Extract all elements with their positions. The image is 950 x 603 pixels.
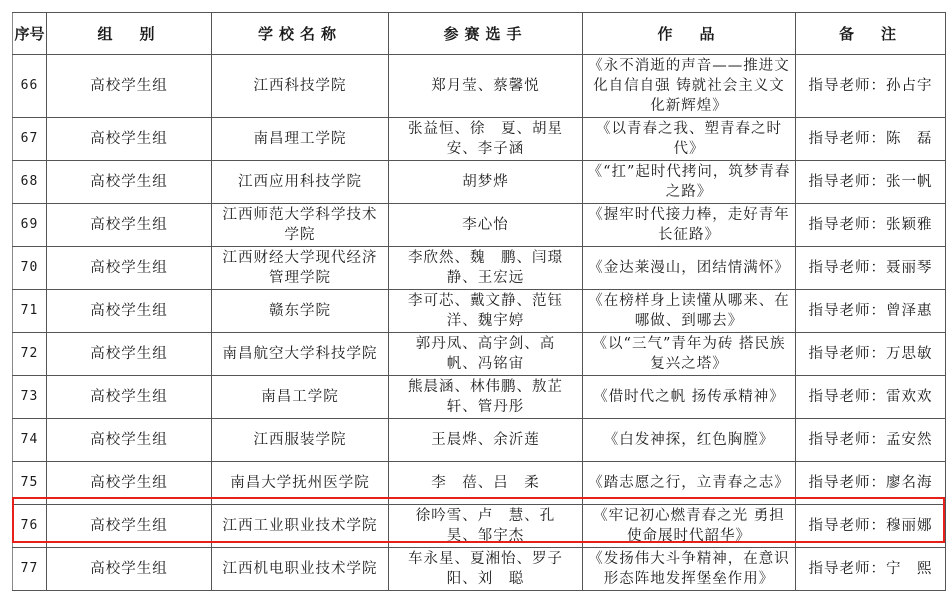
cell-note: 指导老师：曾泽惠	[796, 290, 946, 333]
header-school: 学校名称	[212, 13, 389, 55]
cell-index: 69	[13, 204, 47, 247]
cell-index: 76	[13, 505, 47, 548]
cell-work: 《握牢时代接力棒，走好青年长征路》	[583, 204, 796, 247]
cell-players: 李 蓓、吕 柔	[389, 462, 583, 505]
cell-school: 南昌工学院	[212, 376, 389, 419]
cell-group: 高校学生组	[47, 247, 212, 290]
cell-index: 75	[13, 462, 47, 505]
cell-school: 江西工业职业技术学院	[212, 505, 389, 548]
header-work: 作 品	[583, 13, 796, 55]
cell-note: 指导老师：廖名海	[796, 462, 946, 505]
cell-players: 车永星、夏湘怡、罗子阳、刘 聪	[389, 548, 583, 591]
table-row: 74 高校学生组 江西服装学院 王晨烨、余沂莲 《白发神探，红色胸膛》 指导老师…	[13, 419, 946, 462]
cell-group: 高校学生组	[47, 118, 212, 161]
cell-players: 胡梦烨	[389, 161, 583, 204]
cell-index: 74	[13, 419, 47, 462]
header-group: 组 别	[47, 13, 212, 55]
table-row: 70 高校学生组 江西财经大学现代经济管理学院 李欣然、魏 鹏、闫璟静、王宏远 …	[13, 247, 946, 290]
cell-school: 南昌航空大学科技学院	[212, 333, 389, 376]
cell-note: 指导老师：万思敏	[796, 333, 946, 376]
cell-players: 李心怡	[389, 204, 583, 247]
header-note: 备 注	[796, 13, 946, 55]
table-row: 67 高校学生组 南昌理工学院 张益恒、徐 夏、胡星安、李子涵 《以青春之我、塑…	[13, 118, 946, 161]
cell-index: 68	[13, 161, 47, 204]
cell-note: 指导老师：穆丽娜	[796, 505, 946, 548]
cell-work: 《白发神探，红色胸膛》	[583, 419, 796, 462]
cell-note: 指导老师：孟安然	[796, 419, 946, 462]
cell-index: 71	[13, 290, 47, 333]
cell-school: 江西服装学院	[212, 419, 389, 462]
cell-work: 《踏志愿之行，立青春之志》	[583, 462, 796, 505]
cell-note: 指导老师：张颖雅	[796, 204, 946, 247]
cell-group: 高校学生组	[47, 548, 212, 591]
cell-work: 《发扬伟大斗争精神，在意识形态阵地发挥堡垒作用》	[583, 548, 796, 591]
cell-group: 高校学生组	[47, 505, 212, 548]
cell-work: 《“扛”起时代拷问，筑梦青春之路》	[583, 161, 796, 204]
cell-work: 《在榜样身上读懂从哪来、在哪做、到哪去》	[583, 290, 796, 333]
table-row: 77 高校学生组 江西机电职业技术学院 车永星、夏湘怡、罗子阳、刘 聪 《发扬伟…	[13, 548, 946, 591]
cell-school: 南昌大学抚州医学院	[212, 462, 389, 505]
cell-players: 李可芯、戴文静、范钰洋、魏宇婷	[389, 290, 583, 333]
cell-school: 江西应用科技学院	[212, 161, 389, 204]
cell-note: 指导老师：雷欢欢	[796, 376, 946, 419]
award-list-table: 序号 组 别 学校名称 参赛选手 作 品 备 注 66 高校学生组 江西科技学院…	[12, 12, 946, 591]
cell-group: 高校学生组	[47, 290, 212, 333]
cell-index: 66	[13, 55, 47, 118]
cell-group: 高校学生组	[47, 462, 212, 505]
cell-players: 郑月莹、蔡馨悦	[389, 55, 583, 118]
cell-index: 72	[13, 333, 47, 376]
cell-note: 指导老师：张一帆	[796, 161, 946, 204]
cell-players: 张益恒、徐 夏、胡星安、李子涵	[389, 118, 583, 161]
cell-group: 高校学生组	[47, 204, 212, 247]
cell-note: 指导老师：陈 磊	[796, 118, 946, 161]
cell-players: 王晨烨、余沂莲	[389, 419, 583, 462]
cell-school: 赣东学院	[212, 290, 389, 333]
table-row: 73 高校学生组 南昌工学院 熊晨涵、林伟鹏、敖芷轩、管丹彤 《借时代之帆 扬传…	[13, 376, 946, 419]
cell-work: 《以青春之我、塑青春之时代》	[583, 118, 796, 161]
table-row: 71 高校学生组 赣东学院 李可芯、戴文静、范钰洋、魏宇婷 《在榜样身上读懂从哪…	[13, 290, 946, 333]
cell-group: 高校学生组	[47, 55, 212, 118]
cell-index: 73	[13, 376, 47, 419]
cell-group: 高校学生组	[47, 333, 212, 376]
cell-school: 江西科技学院	[212, 55, 389, 118]
cell-players: 李欣然、魏 鹏、闫璟静、王宏远	[389, 247, 583, 290]
cell-index: 77	[13, 548, 47, 591]
cell-work: 《牢记初心燃青春之光 勇担使命展时代韶华》	[583, 505, 796, 548]
cell-note: 指导老师：孙占宇	[796, 55, 946, 118]
cell-players: 徐吟雪、卢 慧、孔 昊、邹宇杰	[389, 505, 583, 548]
header-index: 序号	[13, 13, 47, 55]
cell-school: 江西师范大学科学技术学院	[212, 204, 389, 247]
cell-work: 《永不消逝的声音——推进文化自信自强 铸就社会主义文化新辉煌》	[583, 55, 796, 118]
cell-players: 熊晨涵、林伟鹏、敖芷轩、管丹彤	[389, 376, 583, 419]
cell-school: 江西财经大学现代经济管理学院	[212, 247, 389, 290]
cell-note: 指导老师：聂丽琴	[796, 247, 946, 290]
cell-work: 《金达莱漫山，团结情满怀》	[583, 247, 796, 290]
table-row-highlighted: 76 高校学生组 江西工业职业技术学院 徐吟雪、卢 慧、孔 昊、邹宇杰 《牢记初…	[13, 505, 946, 548]
cell-school: 江西机电职业技术学院	[212, 548, 389, 591]
cell-note: 指导老师：宁 熙	[796, 548, 946, 591]
table-row: 68 高校学生组 江西应用科技学院 胡梦烨 《“扛”起时代拷问，筑梦青春之路》 …	[13, 161, 946, 204]
table-row: 72 高校学生组 南昌航空大学科技学院 郭丹凤、高宇剑、高 帆、冯铭宙 《以“三…	[13, 333, 946, 376]
table-header-row: 序号 组 别 学校名称 参赛选手 作 品 备 注	[13, 13, 946, 55]
header-players: 参赛选手	[389, 13, 583, 55]
cell-group: 高校学生组	[47, 376, 212, 419]
table-row: 75 高校学生组 南昌大学抚州医学院 李 蓓、吕 柔 《踏志愿之行，立青春之志》…	[13, 462, 946, 505]
table-row: 69 高校学生组 江西师范大学科学技术学院 李心怡 《握牢时代接力棒，走好青年长…	[13, 204, 946, 247]
cell-index: 70	[13, 247, 47, 290]
cell-index: 67	[13, 118, 47, 161]
cell-work: 《以“三气”青年为砖 搭民族复兴之塔》	[583, 333, 796, 376]
cell-group: 高校学生组	[47, 161, 212, 204]
cell-school: 南昌理工学院	[212, 118, 389, 161]
table-row: 66 高校学生组 江西科技学院 郑月莹、蔡馨悦 《永不消逝的声音——推进文化自信…	[13, 55, 946, 118]
cell-work: 《借时代之帆 扬传承精神》	[583, 376, 796, 419]
cell-group: 高校学生组	[47, 419, 212, 462]
cell-players: 郭丹凤、高宇剑、高 帆、冯铭宙	[389, 333, 583, 376]
